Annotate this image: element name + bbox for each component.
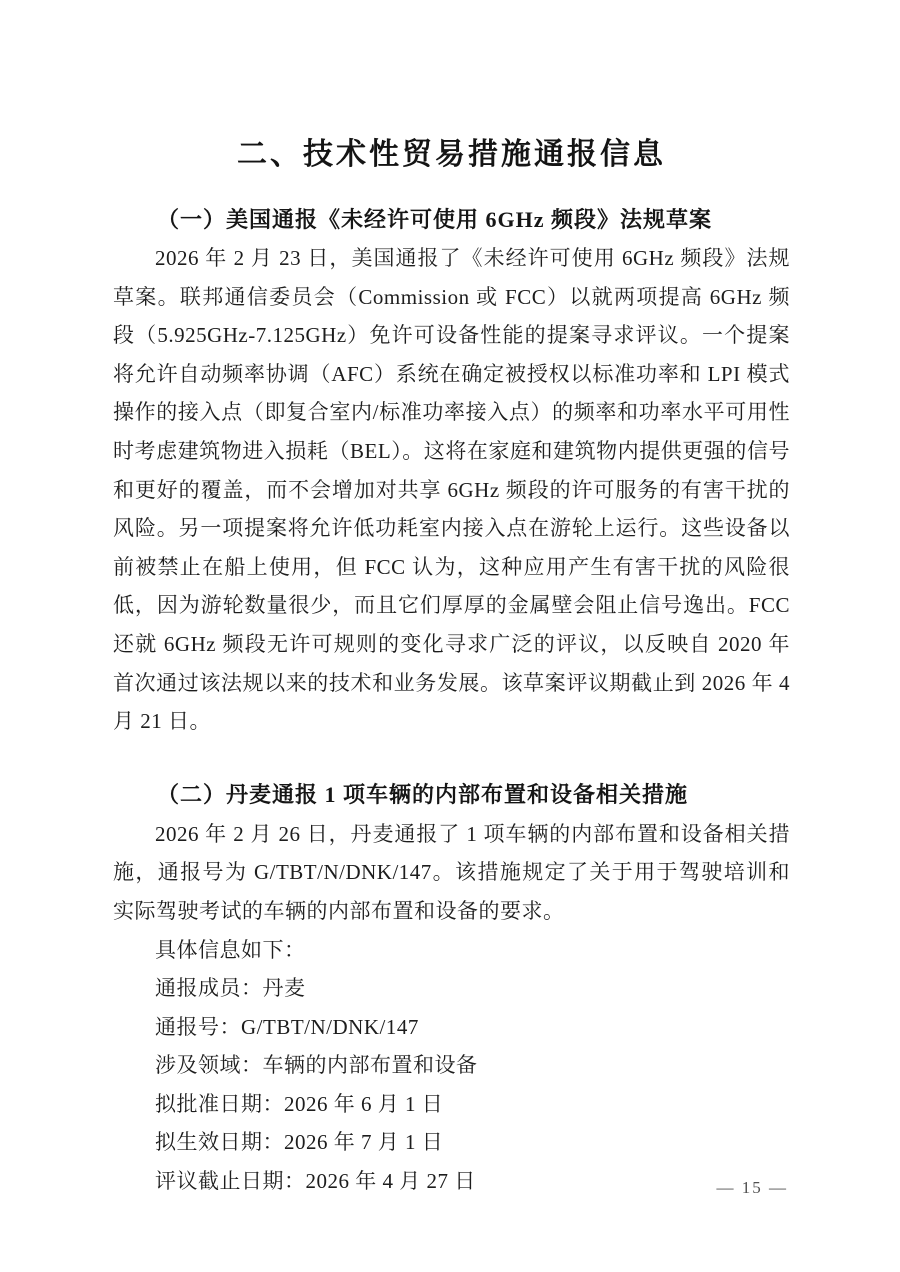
detail-proposed-adoption-date: 拟批准日期：2026 年 6 月 1 日 xyxy=(113,1085,790,1124)
section-1-heading: （一）美国通报《未经许可使用 6GHz 频段》法规草案 xyxy=(113,206,790,234)
detail-comment-deadline: 评议截止日期：2026 年 4 月 27 日 xyxy=(113,1162,790,1201)
document-page: 二、技术性贸易措施通报信息 （一）美国通报《未经许可使用 6GHz 频段》法规草… xyxy=(0,0,900,1272)
section-2-heading: （二）丹麦通报 1 项车辆的内部布置和设备相关措施 xyxy=(113,781,790,809)
page-number: — 15 — xyxy=(717,1178,789,1198)
detail-notifying-member: 通报成员：丹麦 xyxy=(113,969,790,1008)
detail-notification-number: 通报号：G/TBT/N/DNK/147 xyxy=(113,1008,790,1047)
section-denmark-vehicle-notification: （二）丹麦通报 1 项车辆的内部布置和设备相关措施 2026 年 2 月 26 … xyxy=(113,781,790,1201)
document-content: 二、技术性贸易措施通报信息 （一）美国通报《未经许可使用 6GHz 频段》法规草… xyxy=(113,0,790,1201)
notification-details-list: 具体信息如下： 通报成员：丹麦 通报号：G/TBT/N/DNK/147 涉及领域… xyxy=(113,931,790,1201)
detail-intro-line: 具体信息如下： xyxy=(113,931,790,970)
detail-proposed-effective-date: 拟生效日期：2026 年 7 月 1 日 xyxy=(113,1123,790,1162)
detail-field-covered: 涉及领域：车辆的内部布置和设备 xyxy=(113,1046,790,1085)
section-us-6ghz-notification: （一）美国通报《未经许可使用 6GHz 频段》法规草案 2026 年 2 月 2… xyxy=(113,206,790,741)
section-2-paragraph: 2026 年 2 月 26 日，丹麦通报了 1 项车辆的内部布置和设备相关措施，… xyxy=(113,815,790,931)
section-1-paragraph: 2026 年 2 月 23 日，美国通报了《未经许可使用 6GHz 频段》法规草… xyxy=(113,239,790,741)
page-title: 二、技术性贸易措施通报信息 xyxy=(113,0,790,173)
